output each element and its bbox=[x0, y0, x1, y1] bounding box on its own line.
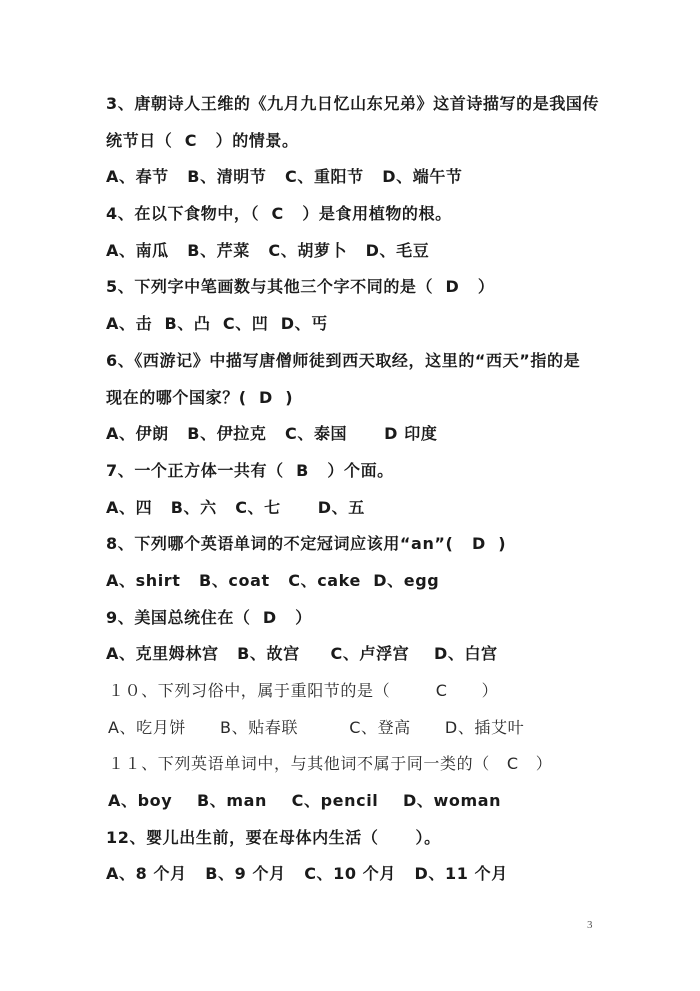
question-text: 现在的哪个国家？( D ) bbox=[106, 380, 606, 417]
question-text: 4、在以下食物中，（ C ）是食用植物的根。 bbox=[106, 196, 606, 233]
document-page: 3、唐朝诗人王维的《九月九日忆山东兄弟》这首诗描写的是我国传 统节日（ C ）的… bbox=[0, 0, 700, 991]
question-text: 5、下列字中笔画数与其他三个字不同的是（ D ） bbox=[106, 269, 606, 306]
question-text: 12、婴儿出生前，要在母体内生活（ ）。 bbox=[106, 820, 606, 857]
question-options: A、吃月饼 B、贴春联 C、登高 D、插艾叶 bbox=[106, 710, 606, 747]
page-number: 3 bbox=[587, 919, 593, 931]
question-options: A、shirt B、coat C、cake D、egg bbox=[106, 563, 606, 600]
question-text: 3、唐朝诗人王维的《九月九日忆山东兄弟》这首诗描写的是我国传 bbox=[106, 86, 606, 123]
question-5: 5、下列字中笔画数与其他三个字不同的是（ D ） A、击 B、凸 C、凹 D、丐 bbox=[106, 269, 606, 342]
question-text: 8、下列哪个英语单词的不定冠词应该用“an”( D ) bbox=[106, 526, 606, 563]
question-options: A、春节 B、清明节 C、重阳节 D、端午节 bbox=[106, 159, 606, 196]
question-options: A、boy B、man C、pencil D、woman bbox=[106, 783, 606, 820]
question-text: 6、《西游记》中描写唐僧师徒到西天取经，这里的“西天”指的是 bbox=[106, 343, 606, 380]
question-8: 8、下列哪个英语单词的不定冠词应该用“an”( D ) A、shirt B、co… bbox=[106, 526, 606, 599]
question-options: A、南瓜 B、芹菜 C、胡萝卜 D、毛豆 bbox=[106, 233, 606, 270]
question-3: 3、唐朝诗人王维的《九月九日忆山东兄弟》这首诗描写的是我国传 统节日（ C ）的… bbox=[106, 86, 606, 196]
question-text: １１、下列英语单词中，与其他词不属于同一类的（ C ） bbox=[106, 746, 606, 783]
question-7: 7、一个正方体一共有（ B ）个面。 A、四 B、六 C、七 D、五 bbox=[106, 453, 606, 526]
question-4: 4、在以下食物中，（ C ）是食用植物的根。 A、南瓜 B、芹菜 C、胡萝卜 D… bbox=[106, 196, 606, 269]
question-options: A、克里姆林宫 B、故宫 C、卢浮宫 D、白宫 bbox=[106, 636, 606, 673]
question-options: A、击 B、凸 C、凹 D、丐 bbox=[106, 306, 606, 343]
question-text: 9、美国总统住在（ D ） bbox=[106, 600, 606, 637]
question-6: 6、《西游记》中描写唐僧师徒到西天取经，这里的“西天”指的是 现在的哪个国家？(… bbox=[106, 343, 606, 453]
question-11: １１、下列英语单词中，与其他词不属于同一类的（ C ） A、boy B、man … bbox=[106, 746, 606, 819]
question-text: １０、下列习俗中，属于重阳节的是（ C ） bbox=[106, 673, 606, 710]
question-options: A、伊朗 B、伊拉克 C、泰国 D 印度 bbox=[106, 416, 606, 453]
question-text: 统节日（ C ）的情景。 bbox=[106, 123, 606, 160]
question-12: 12、婴儿出生前，要在母体内生活（ ）。 A、8 个月 B、9 个月 C、10 … bbox=[106, 820, 606, 893]
question-options: A、8 个月 B、9 个月 C、10 个月 D、11 个月 bbox=[106, 856, 606, 893]
question-list: 3、唐朝诗人王维的《九月九日忆山东兄弟》这首诗描写的是我国传 统节日（ C ）的… bbox=[106, 86, 606, 893]
question-9: 9、美国总统住在（ D ） A、克里姆林宫 B、故宫 C、卢浮宫 D、白宫 bbox=[106, 600, 606, 673]
question-text: 7、一个正方体一共有（ B ）个面。 bbox=[106, 453, 606, 490]
question-options: A、四 B、六 C、七 D、五 bbox=[106, 490, 606, 527]
question-10: １０、下列习俗中，属于重阳节的是（ C ） A、吃月饼 B、贴春联 C、登高 D… bbox=[106, 673, 606, 746]
